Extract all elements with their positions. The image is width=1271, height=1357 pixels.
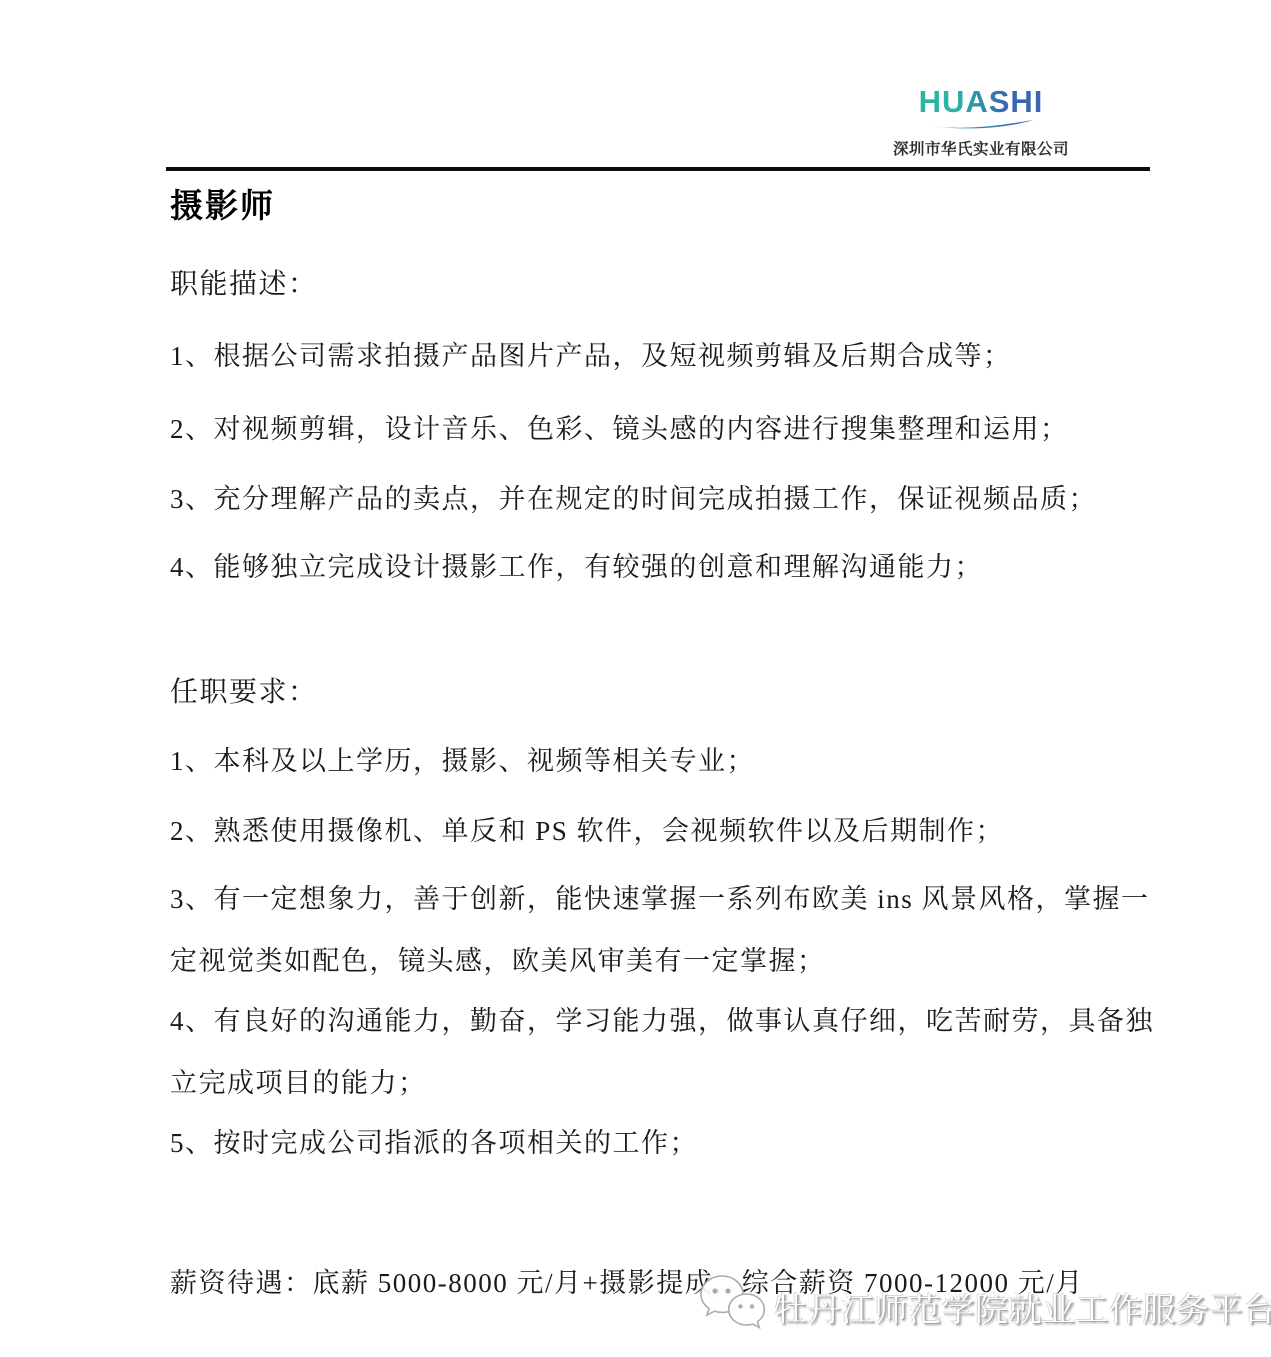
duty-item-4: 4、能够独立完成设计摄影工作，有较强的创意和理解沟通能力； (170, 536, 1162, 598)
job-title: 摄影师 (170, 180, 275, 227)
duty-item-1: 1、根据公司需求拍摄产品图片产品，及短视频剪辑及后期合成等； (170, 325, 1162, 387)
logo-wordmark: HUASHI (919, 86, 1044, 119)
job-posting-page: HUASHI 深圳市华氏实业有限公司 摄影师 职能描述： 1、根据公司需求拍摄产… (0, 0, 1271, 1357)
duty-item-2: 2、对视频剪辑，设计音乐、色彩、镜头感的内容进行搜集整理和运用； (170, 398, 1162, 460)
watermark-text: 牡丹江师范学院就业工作服务平台 (774, 1284, 1271, 1331)
requirement-item-2: 2、熟悉使用摄像机、单反和 PS 软件，会视频软件以及后期制作； (170, 800, 1162, 862)
requirement-item-1: 1、本科及以上学历，摄影、视频等相关专业； (170, 730, 1162, 792)
company-name: 深圳市华氏实业有限公司 (893, 137, 1069, 159)
section-heading-duties: 职能描述： (170, 254, 1162, 316)
header-divider (166, 167, 1150, 171)
company-logo: HUASHI 深圳市华氏实业有限公司 (893, 86, 1069, 159)
requirement-item-3: 3、有一定想象力，善于创新，能快速掌握一系列布欧美 ins 风景风格，掌握一定视… (170, 868, 1162, 992)
duty-item-3: 3、充分理解产品的卖点，并在规定的时间完成拍摄工作，保证视频品质； (170, 468, 1162, 530)
watermark: 牡丹江师范学院就业工作服务平台 (698, 1270, 1271, 1340)
requirement-item-4: 4、有良好的沟通能力，勤奋，学习能力强，做事认真仔细，吃苦耐劳，具备独立完成项目… (170, 990, 1162, 1114)
wechat-icon (698, 1270, 770, 1340)
requirement-item-5: 5、按时完成公司指派的各项相关的工作； (170, 1112, 1162, 1174)
section-heading-requirements: 任职要求： (170, 662, 1162, 724)
